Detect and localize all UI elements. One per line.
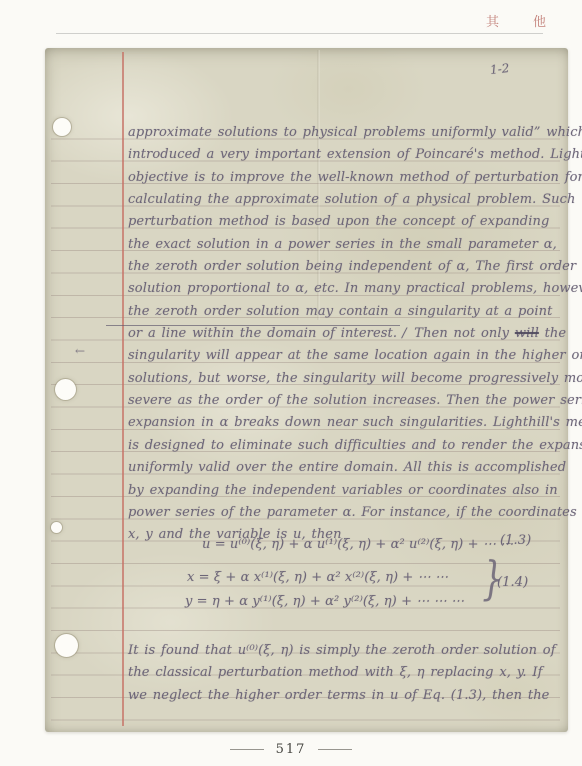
manuscript-line: is designed to eliminate such difficulti… [128,435,576,457]
page-footer: 517 [0,740,582,758]
manuscript-line: by expanding the independent variables o… [128,480,576,502]
editorial-overline: or a line within the domain of interest. [106,325,400,341]
manuscript-line-fragment: Then not only [409,326,515,341]
manuscript-text: approximate solutions to physical proble… [128,122,576,547]
manuscript-line-edited: or a line within the domain of interest.… [128,323,576,345]
equation-number-1-3: (1.3) [500,533,531,548]
manuscript-line: solution proportional to α, etc. In many… [128,278,576,300]
page-number: 517 [276,742,307,757]
strikethrough-word: will [515,326,539,341]
notebook-page: 1-2 ← approximate solutions to physical … [45,48,568,732]
manuscript-line: the zeroth order solution being independ… [128,256,576,278]
hole-punch [51,522,62,533]
manuscript-line: severe as the order of the solution incr… [128,390,576,412]
closing-paragraph: It is found that u⁽⁰⁾(ξ, η) is simply th… [128,640,576,707]
manuscript-line: introduced a very important extension of… [128,144,576,166]
equation-u: u = u⁽⁰⁾(ξ, η) + α u⁽¹⁾(ξ, η) + α² u⁽²⁾(… [202,537,513,552]
footer-dash-right [318,749,352,750]
hole-punch [53,118,71,136]
manuscript-line: the zeroth order solution may contain a … [128,301,576,323]
category-header: 其 他 [486,11,546,30]
equation-y: y = η + α y⁽¹⁾(ξ, η) + α² y⁽²⁾(ξ, η) + ⋯… [185,594,464,609]
hole-punch [55,379,76,400]
manuscript-line: singularity will appear at the same loca… [128,345,576,367]
manuscript-line: expansion in α breaks down near such sin… [128,412,576,434]
manuscript-line-fragment: the [539,326,566,341]
manuscript-line: the exact solution in a power series in … [128,234,576,256]
page-corner-label: 1-2 [489,61,510,77]
header-rule [56,33,543,34]
manuscript-line: objective is to improve the well-known m… [128,167,576,189]
hole-punch [55,634,78,657]
equation-number-1-4: (1.4) [497,575,528,590]
manuscript-line: calculating the approximate solution of … [128,189,576,211]
manuscript-line: uniformly valid over the entire domain. … [128,457,576,479]
cjk-char-left: 其 [486,11,499,30]
margin-arrow: ← [75,344,85,358]
manuscript-line: It is found that u⁽⁰⁾(ξ, η) is simply th… [128,640,576,662]
editorial-slash: / [400,326,408,341]
cjk-char-right: 他 [533,11,546,30]
manuscript-line: power series of the parameter α. For ins… [128,502,576,524]
manuscript-line: solutions, but worse, the singularity wi… [128,368,576,390]
red-margin-line [122,52,124,726]
manuscript-line: we neglect the higher order terms in u o… [128,685,576,707]
manuscript-line: approximate solutions to physical proble… [128,122,576,144]
manuscript-line: the classical perturbation method with ξ… [128,662,576,684]
manuscript-line: perturbation method is based upon the co… [128,211,576,233]
equation-x: x = ξ + α x⁽¹⁾(ξ, η) + α² x⁽²⁾(ξ, η) + ⋯… [187,570,448,585]
footer-dash-left [230,749,264,750]
scanned-document-page: 其 他 1-2 ← approximate solutions to physi… [0,0,582,766]
